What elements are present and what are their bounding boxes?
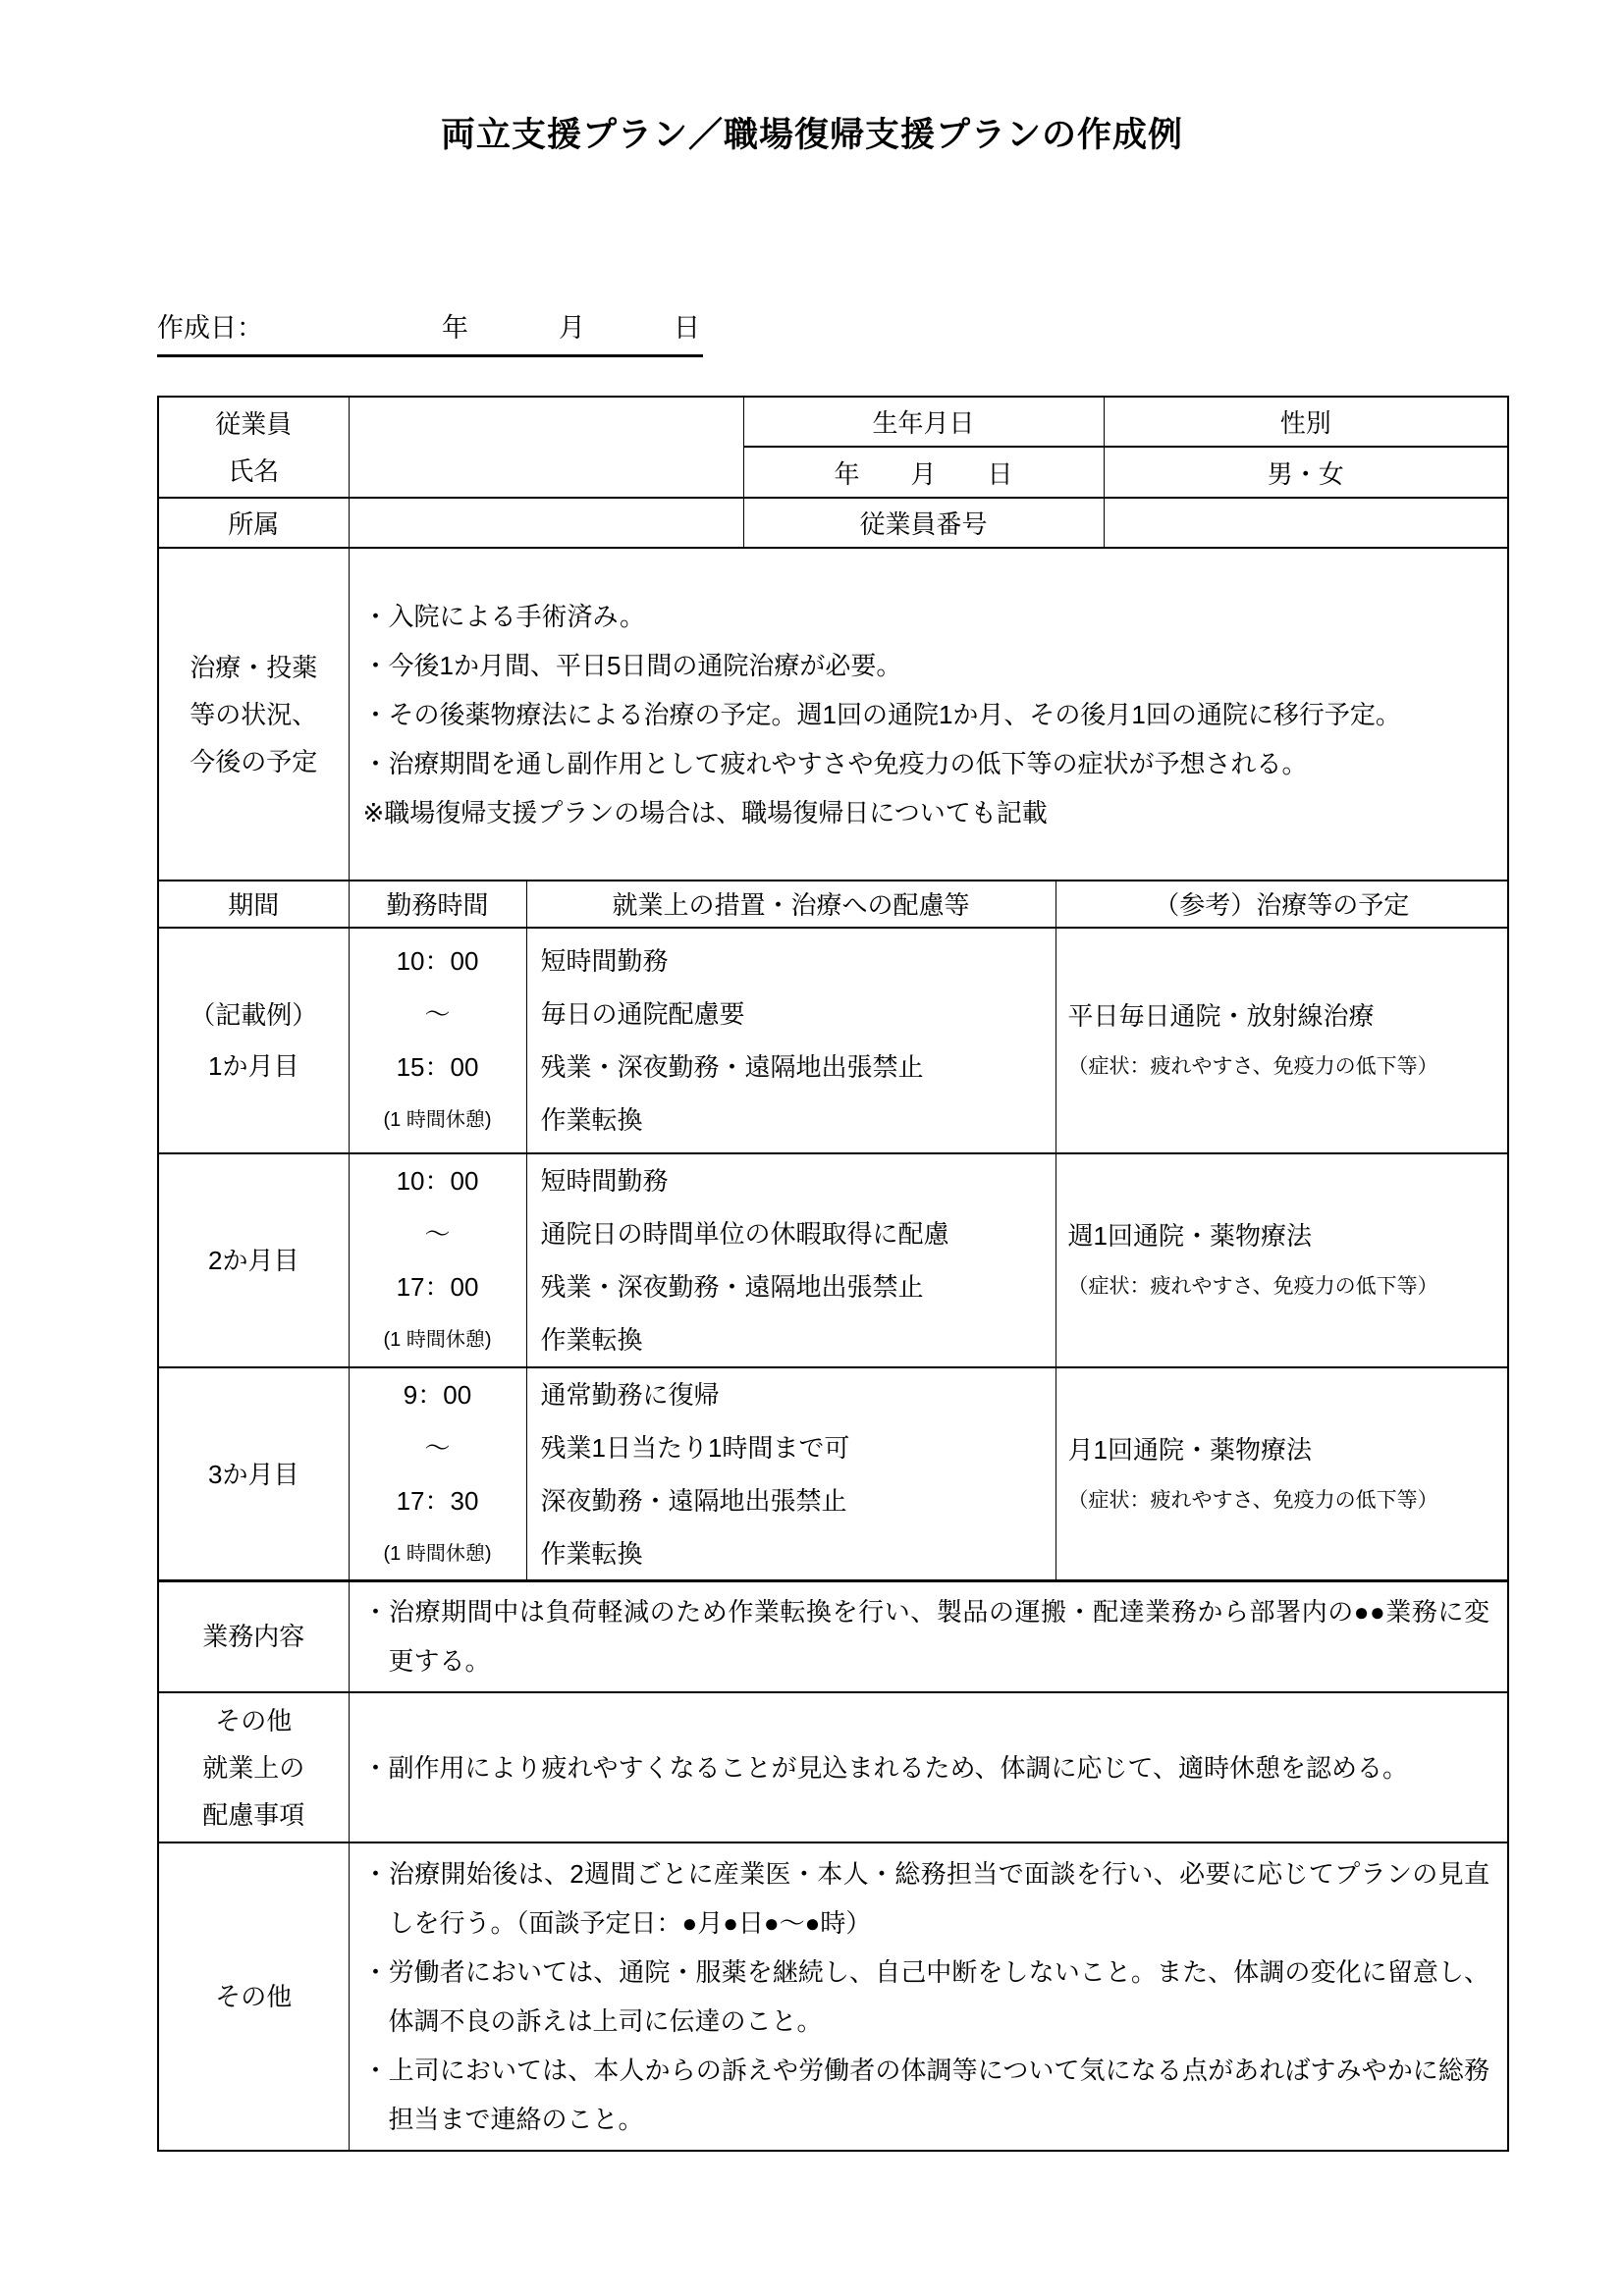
period-cell: 2か月目 [158,1153,349,1367]
working-hours-cell: 10：00～17：00(1 時間休憩) [349,1153,526,1367]
notes-table: 業務内容 ・治療期間中は負荷軽減のため作業転換を行い、製品の運搬・配達業務から部… [157,1579,1509,2152]
plan-row-month3: 3か月目 9：00～17：30(1 時間休憩) 通常勤務に復帰残業1日当たり1時… [158,1367,1508,1581]
department-value [349,498,743,548]
birthdate-label: 生年月日 [743,397,1104,447]
plan-row-month1: （記載例）1か月目 10：00～15：00(1 時間休憩) 短時間勤務毎日の通院… [158,928,1508,1153]
work-content-row: 業務内容 ・治療期間中は負荷軽減のため作業転換を行い、製品の運搬・配達業務から部… [158,1580,1508,1692]
other-notes-row: その他 ・治療開始後は、2週間ごとに産業医・本人・総務担当で面談を行い、必要に応… [158,1842,1508,2151]
treatment-status-label: 治療・投薬等の状況、今後の予定 [158,548,349,881]
period-cell: （記載例）1か月目 [158,928,349,1153]
creation-date-day-label: 日 [674,306,700,345]
plan-row-month2: 2か月目 10：00～17：00(1 時間休憩) 短時間勤務通院日の時間単位の休… [158,1153,1508,1367]
measures-cell: 通常勤務に復帰残業1日当たり1時間まで可深夜勤務・遠隔地出張禁止作業転換 [526,1367,1056,1581]
working-hours-header: 勤務時間 [349,881,526,928]
reference-treatment-header: （参考）治療等の予定 [1056,881,1508,928]
sex-value: 男・女 [1104,447,1508,498]
treatment-status-content: ・入院による手術済み。・今後1か月間、平日5日間の通院治療が必要。・その後薬物療… [349,548,1508,881]
reference-treatment-cell: 週1回通院・薬物療法 （症状：疲れやすさ、免疫力の低下等） [1056,1153,1508,1367]
work-content-label: 業務内容 [158,1580,349,1692]
employee-name-value [349,397,743,498]
document-page: 両立支援プラン／職場復帰支援プランの作成例 作成日： 年 月 日 従業員氏名 生… [0,0,1624,2296]
reference-treatment-symptoms: （症状：疲れやすさ、免疫力の低下等） [1068,1476,1500,1525]
plan-header-row: 期間 勤務時間 就業上の措置・治療への配慮等 （参考）治療等の予定 [158,881,1508,928]
reference-treatment-cell: 月1回通院・薬物療法 （症状：疲れやすさ、免疫力の低下等） [1056,1367,1508,1581]
other-notes-label: その他 [158,1842,349,2151]
period-cell: 3か月目 [158,1367,349,1581]
reference-treatment-main: 平日毎日通院・放射線治療 [1068,989,1500,1042]
employee-number-value [1104,498,1508,548]
page-title: 両立支援プラン／職場復帰支援プランの作成例 [0,0,1624,157]
plan-table: 期間 勤務時間 就業上の措置・治療への配慮等 （参考）治療等の予定 （記載例）1… [157,880,1509,1582]
sex-label: 性別 [1104,397,1508,447]
period-header: 期間 [158,881,349,928]
birthdate-value: 年 月 日 [743,447,1104,498]
measures-header: 就業上の措置・治療への配慮等 [526,881,1056,928]
other-employment-considerations-text: ・副作用により疲れやすくなることが見込まれるため、体調に応じて、適時休憩を認める… [349,1692,1508,1842]
measures-cell: 短時間勤務通院日の時間単位の休暇取得に配慮残業・深夜勤務・遠隔地出張禁止作業転換 [526,1153,1056,1367]
other-employment-considerations-label: その他就業上の配慮事項 [158,1692,349,1842]
reference-treatment-symptoms: （症状：疲れやすさ、免疫力の低下等） [1068,1262,1500,1311]
employee-name-label: 従業員氏名 [158,397,349,498]
working-hours-cell: 10：00～15：00(1 時間休憩) [349,928,526,1153]
measures-cell: 短時間勤務毎日の通院配慮要残業・深夜勤務・遠隔地出張禁止作業転換 [526,928,1056,1153]
reference-treatment-main: 週1回通院・薬物療法 [1068,1209,1500,1262]
department-label: 所属 [158,498,349,548]
work-content-text: ・治療期間中は負荷軽減のため作業転換を行い、製品の運搬・配達業務から部署内の●●… [349,1580,1508,1692]
working-hours-cell: 9：00～17：30(1 時間休憩) [349,1367,526,1581]
reference-treatment-cell: 平日毎日通院・放射線治療 （症状：疲れやすさ、免疫力の低下等） [1056,928,1508,1153]
other-notes-text: ・治療開始後は、2週間ごとに産業医・本人・総務担当で面談を行い、必要に応じてプラ… [349,1842,1508,2151]
creation-date-month-label: 月 [559,306,585,345]
creation-date-label: 作成日： [157,306,263,345]
reference-treatment-main: 月1回通院・薬物療法 [1068,1423,1500,1476]
creation-date-line: 作成日： 年 月 日 [157,306,703,357]
reference-treatment-symptoms: （症状：疲れやすさ、免疫力の低下等） [1068,1042,1500,1092]
creation-date-year-label: 年 [442,306,468,345]
other-employment-considerations-row: その他就業上の配慮事項 ・副作用により疲れやすくなることが見込まれるため、体調に… [158,1692,1508,1842]
employee-info-table: 従業員氏名 生年月日 性別 年 月 日 男・女 所属 従業員番号 治療・投薬等の… [157,396,1509,881]
employee-number-label: 従業員番号 [743,498,1104,548]
